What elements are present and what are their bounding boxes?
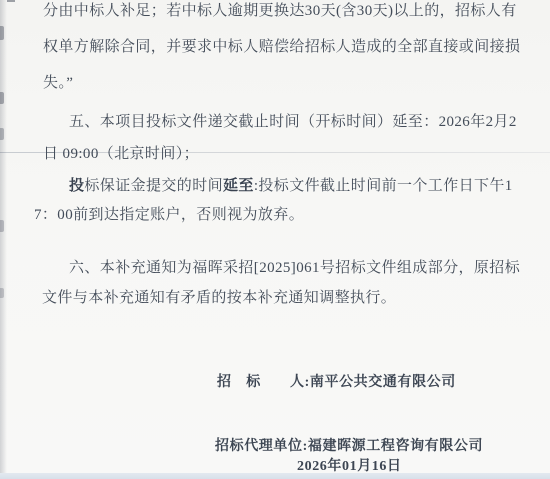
deposit-bold-1: 投	[69, 178, 84, 194]
agency-label: 招标代理单位:	[215, 439, 308, 454]
deposit-text-2: :投标文件截止时间前一个工作日下午1	[254, 178, 513, 194]
scan-artifact	[0, 26, 4, 40]
clause5-line-2: 日 09:00（北京时间）；	[43, 145, 199, 163]
agency-name: 福建晖源工程咨询有限公司	[308, 439, 483, 454]
tenderer-name: 南平公共交通有限公司	[310, 375, 456, 390]
clause6-line-1: 六、本补充通知为福晖采招[2025]061号招标文件组成部分，原招标	[69, 259, 520, 277]
tenderer-label: 招 标 人:	[217, 375, 310, 390]
scan-artifact	[0, 128, 4, 140]
scanned-document-page: 分由中标人补足；若中标人逾期更换达30天(含30天)以上的，招标人有 权单方解除…	[0, 0, 550, 479]
scan-edge-shadow	[0, 0, 7, 479]
carryover-line-1: 分由中标人补足；若中标人逾期更换达30天(含30天)以上的，招标人有	[43, 2, 517, 20]
scan-artifact	[0, 92, 4, 104]
carryover-line-3: 失。”	[43, 74, 73, 92]
tenderer-signature-line: 招 标 人:南平公共交通有限公司	[217, 374, 456, 392]
deposit-bold-2: 延至	[223, 178, 254, 194]
clause5-line-1: 五、本项目投标文件递交截止时间（开标时间）延至：2026年2月2	[69, 113, 517, 131]
deposit-text-1: 标保证金提交的时间	[84, 178, 223, 194]
agency-signature-line: 招标代理单位:福建晖源工程咨询有限公司	[215, 438, 483, 456]
scan-artifact	[7, 0, 15, 2]
deposit-clause-line-2: 7：00前到达指定账户，否则视为放弃。	[34, 206, 304, 224]
scan-artifact	[0, 288, 4, 298]
carryover-line-2: 权单方解除合同，并要求中标人赔偿给招标人造成的全部直接或间接损	[43, 38, 520, 56]
deposit-clause-line-1: 投标保证金提交的时间延至:投标文件截止时间前一个工作日下午1	[69, 177, 513, 195]
clause6-line-2: 文件与本补充通知有矛盾的按本补充通知调整执行。	[42, 289, 396, 307]
scan-artifact	[0, 220, 4, 232]
bottom-scan-strip	[0, 473, 550, 479]
